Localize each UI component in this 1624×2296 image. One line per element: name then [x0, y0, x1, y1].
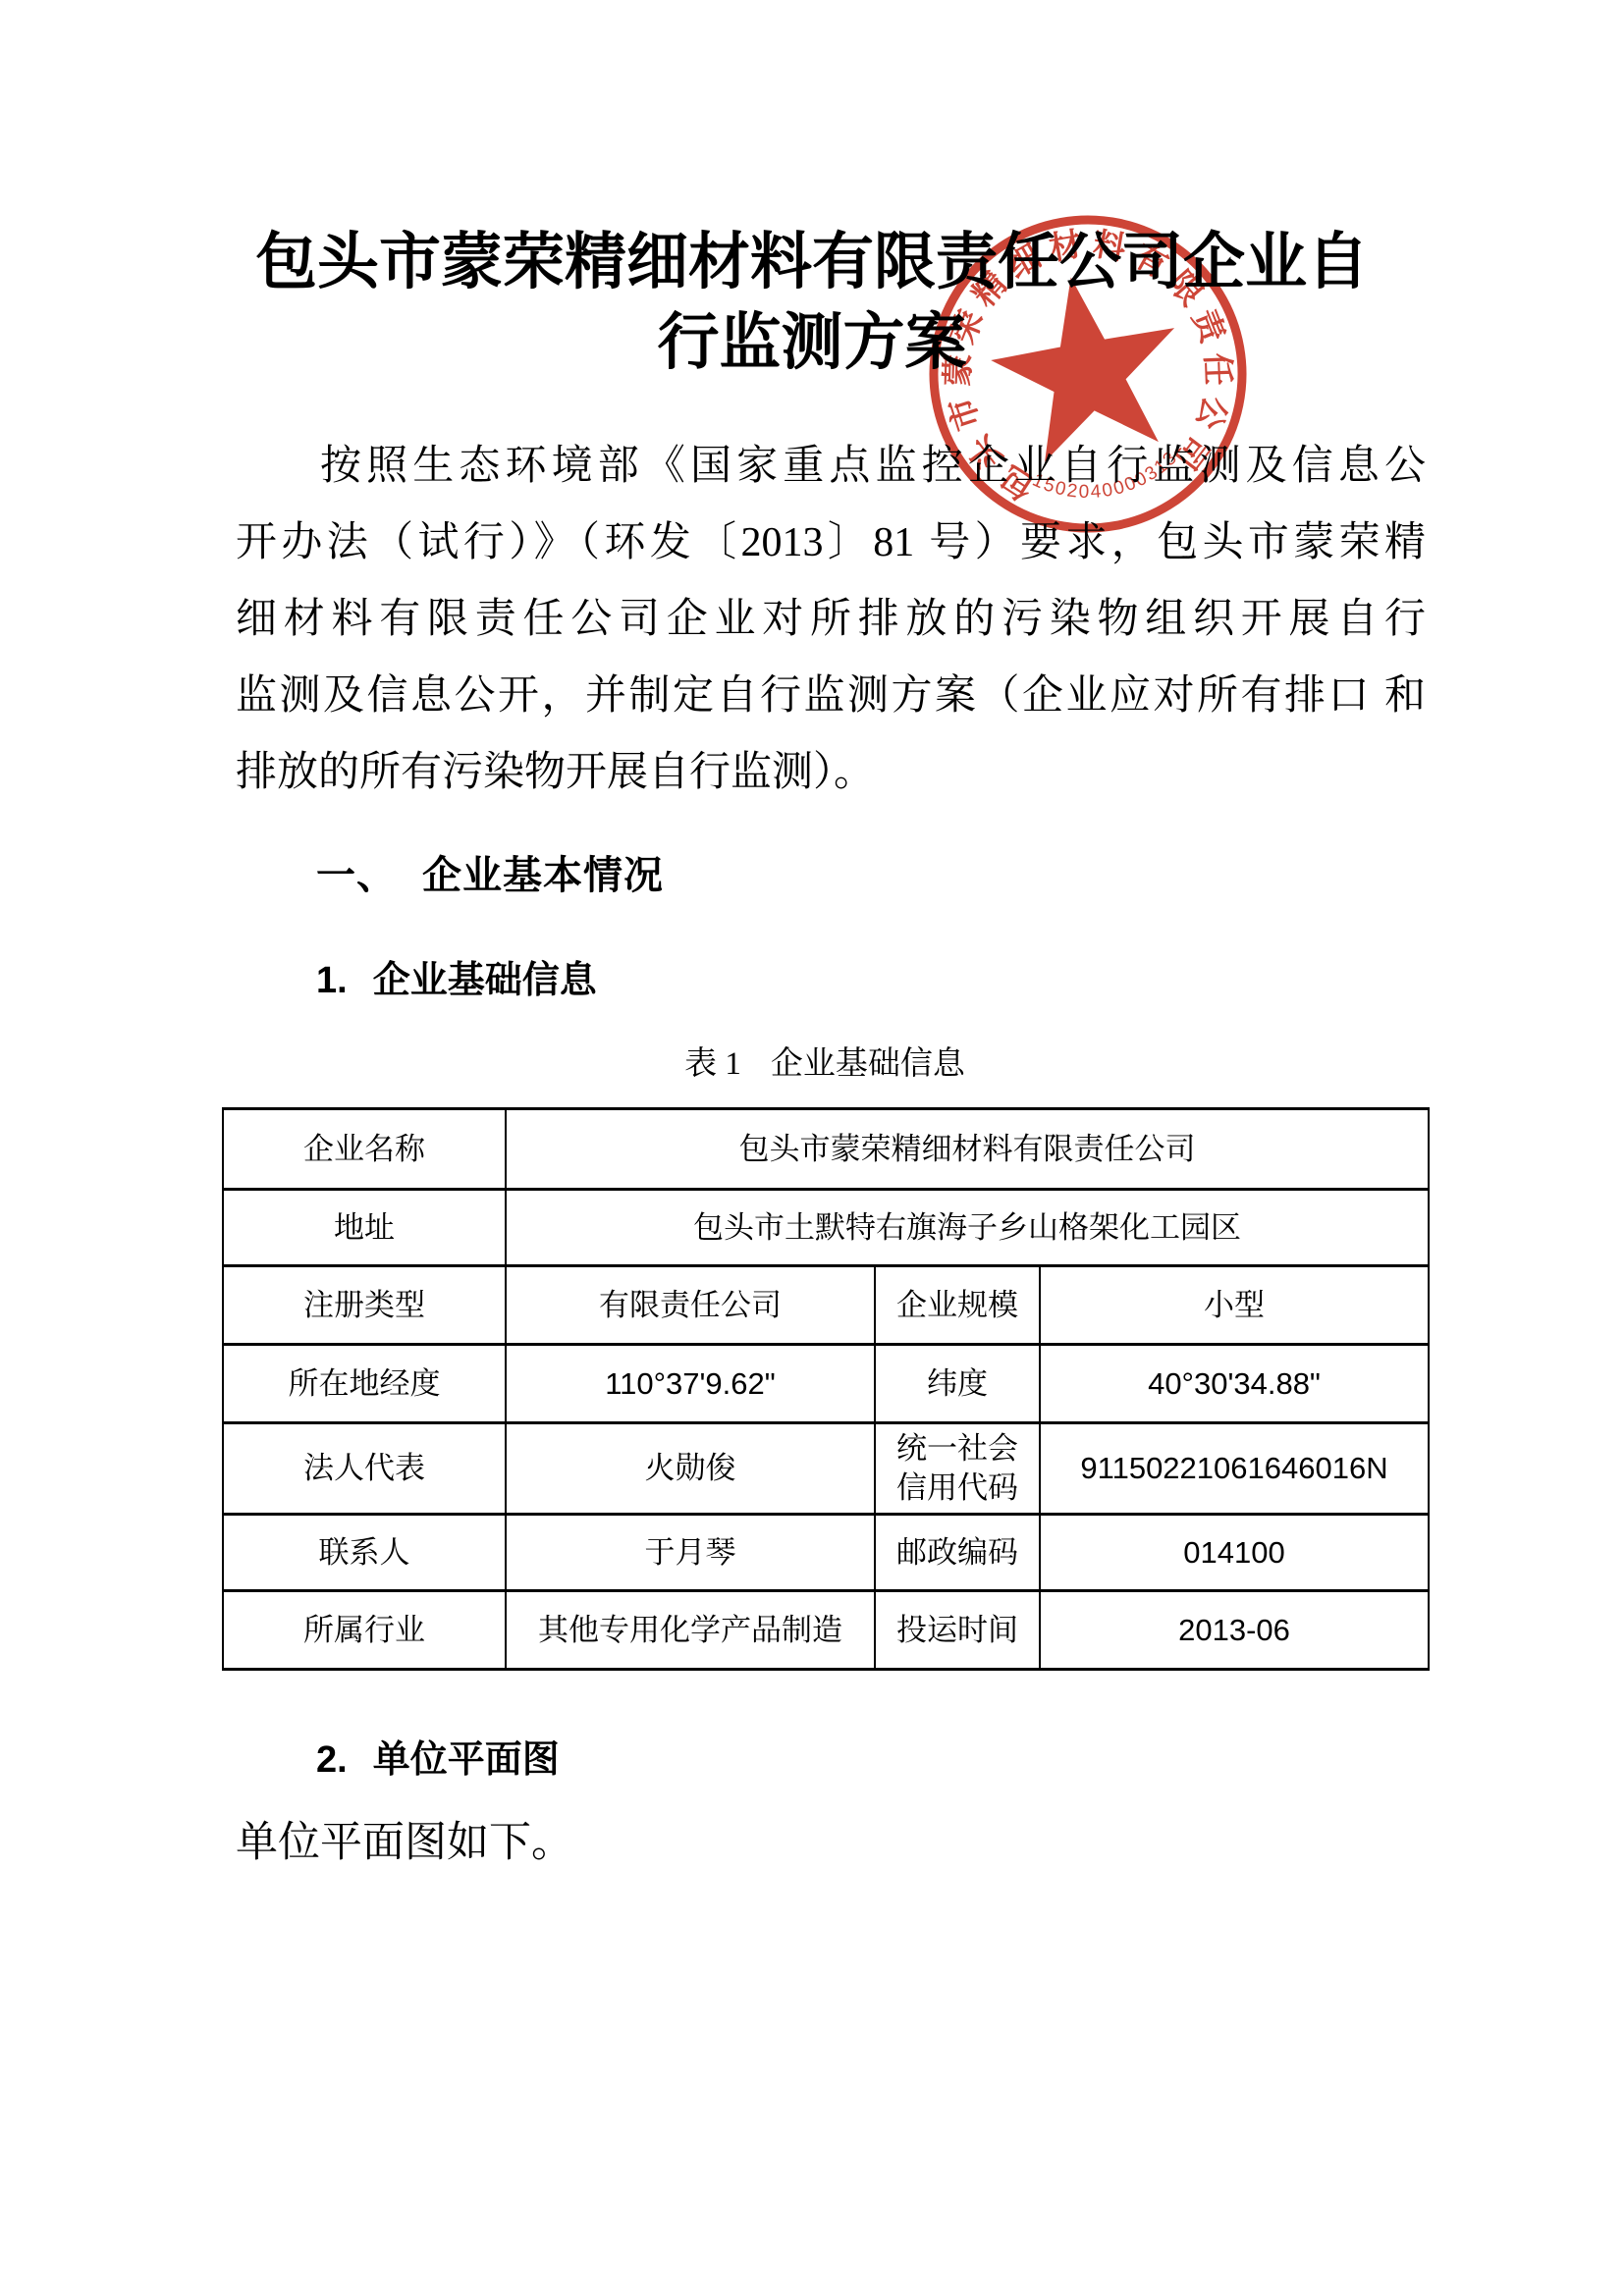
- table-row: 所属行业其他专用化学产品制造投运时间2013-06: [223, 1591, 1429, 1670]
- intro-line: 细材料有限责任公司企业对所排放的污染物组织开展自行: [236, 581, 1426, 658]
- cell-value: 91150221061646016N: [1040, 1423, 1429, 1515]
- cell-value: 014100: [1040, 1515, 1429, 1591]
- cell-value: 有限责任公司: [506, 1266, 875, 1345]
- cell-value: 包头市蒙荣精细材料有限责任公司: [506, 1109, 1429, 1190]
- cell-label: 统一社会信用代码: [875, 1423, 1040, 1515]
- table-caption-title: 企业基础信息: [771, 1046, 965, 1082]
- table-row: 所在地经度110°37'9.62"纬度40°30'34.88": [223, 1345, 1429, 1423]
- cell-value: 2013-06: [1040, 1591, 1429, 1670]
- cell-label: 所属行业: [223, 1591, 506, 1670]
- subsection-heading-company-base-info: 1.企业基础信息: [316, 958, 597, 1003]
- subsection-number: 1.: [316, 960, 348, 1001]
- cell-label: 所在地经度: [223, 1345, 506, 1423]
- table-row: 联系人于月琴邮政编码014100: [223, 1515, 1429, 1591]
- cell-label: 地址: [223, 1190, 506, 1266]
- subsection-title: 单位平面图: [373, 1739, 560, 1781]
- table-row: 法人代表火勋俊统一社会信用代码91150221061646016N: [223, 1423, 1429, 1515]
- site-plan-note: 单位平面图如下。: [236, 1814, 573, 1873]
- cell-label: 注册类型: [223, 1266, 506, 1345]
- company-info-table: 企业名称包头市蒙荣精细材料有限责任公司地址包头市土默特右旗海子乡山格架化工园区注…: [222, 1107, 1430, 1671]
- section-number: 一、: [316, 854, 397, 897]
- intro-paragraph: 按照生态环境部《国家重点监控企业自行监测及信息公 开办法（试行）》（环发〔201…: [236, 428, 1426, 811]
- intro-line: 按照生态环境部《国家重点监控企业自行监测及信息公: [236, 428, 1426, 505]
- table-caption: 表 1企业基础信息: [222, 1042, 1428, 1086]
- subsection-heading-site-plan: 2.单位平面图: [316, 1737, 560, 1783]
- table-caption-number: 表 1: [684, 1046, 741, 1082]
- document-title: 包头市蒙荣精细材料有限责任公司企业自 行监测方案: [0, 222, 1624, 383]
- section-heading-basic-info: 一、企业基本情况: [316, 852, 664, 899]
- cell-label: 纬度: [875, 1345, 1040, 1423]
- cell-value: 于月琴: [506, 1515, 875, 1591]
- table-row: 企业名称包头市蒙荣精细材料有限责任公司: [223, 1109, 1429, 1190]
- intro-line: 监测及信息公开，并制定自行监测方案（企业应对所有排口 和: [236, 658, 1426, 734]
- section-title: 企业基本情况: [422, 854, 664, 897]
- table-row: 地址包头市土默特右旗海子乡山格架化工园区: [223, 1190, 1429, 1266]
- table-row: 注册类型有限责任公司企业规模小型: [223, 1266, 1429, 1345]
- cell-label: 投运时间: [875, 1591, 1040, 1670]
- company-info-table-body: 企业名称包头市蒙荣精细材料有限责任公司地址包头市土默特右旗海子乡山格架化工园区注…: [223, 1109, 1429, 1670]
- cell-label: 联系人: [223, 1515, 506, 1591]
- document-page: 包头市蒙荣精细材料有限责任公司企业自 行监测方案 按照生态环境部《国家重点监控企…: [0, 0, 1624, 2296]
- cell-value: 小型: [1040, 1266, 1429, 1345]
- subsection-number: 2.: [316, 1739, 348, 1781]
- cell-label: 法人代表: [223, 1423, 506, 1515]
- cell-label: 企业名称: [223, 1109, 506, 1190]
- cell-label: 企业规模: [875, 1266, 1040, 1345]
- seal-company-char: 公: [1189, 392, 1232, 433]
- intro-line: 排放的所有污染物开展自行监测）。: [236, 734, 1426, 811]
- cell-value: 火勋俊: [506, 1423, 875, 1515]
- cell-value: 其他专用化学产品制造: [506, 1591, 875, 1670]
- document-title-line1: 包头市蒙荣精细材料有限责任公司企业自: [0, 222, 1624, 302]
- document-title-line2: 行监测方案: [0, 302, 1624, 383]
- cell-value: 110°37'9.62": [506, 1345, 875, 1423]
- cell-value: 包头市土默特右旗海子乡山格架化工园区: [506, 1190, 1429, 1266]
- cell-value: 40°30'34.88": [1040, 1345, 1429, 1423]
- cell-label: 邮政编码: [875, 1515, 1040, 1591]
- intro-line: 开办法（试行）》（环发〔2013〕81 号）要求，包头市蒙荣精: [236, 505, 1426, 581]
- subsection-title: 企业基础信息: [373, 960, 597, 1001]
